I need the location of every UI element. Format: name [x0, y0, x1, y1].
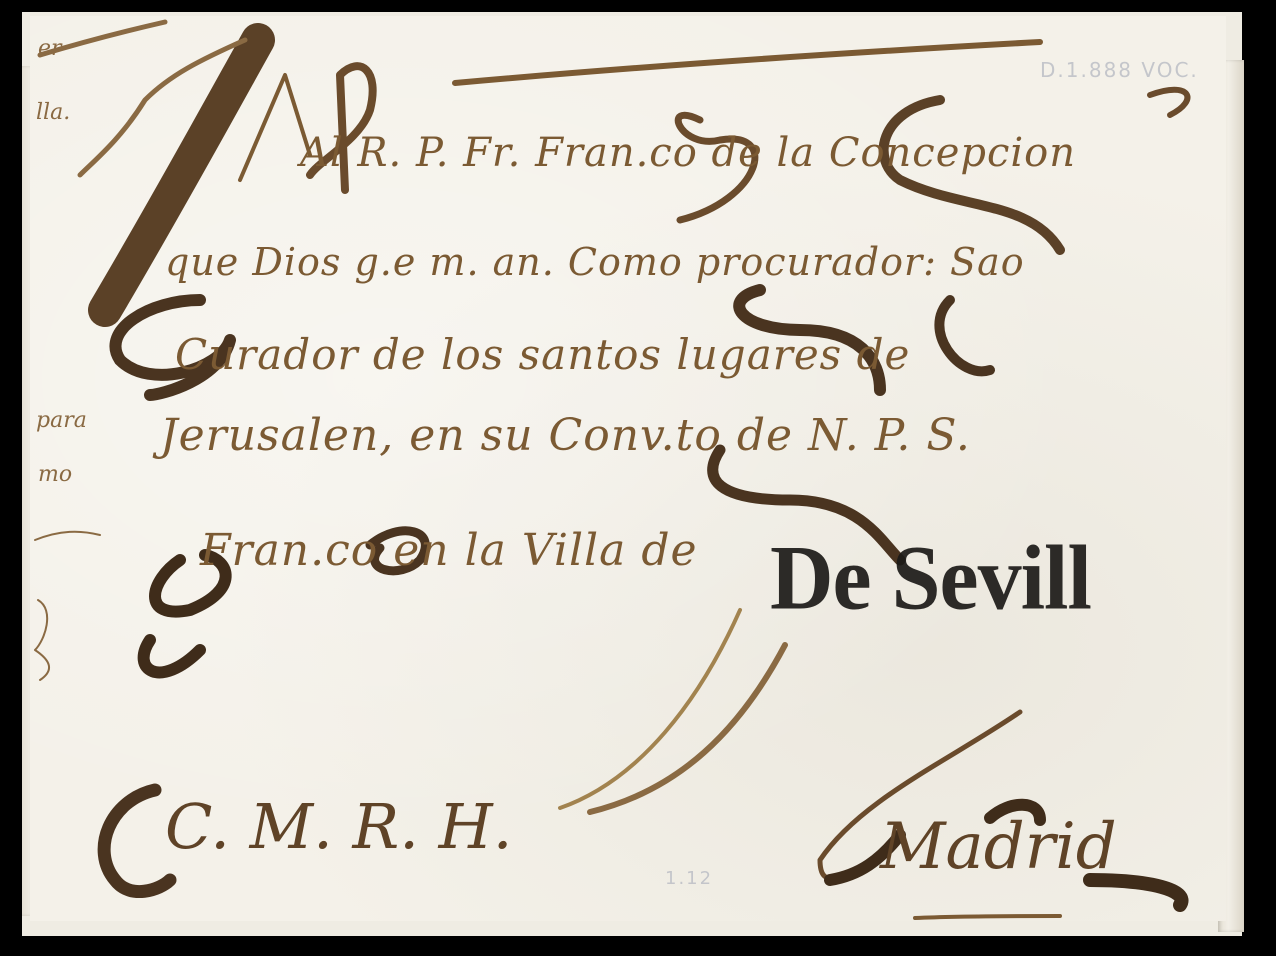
photo-background: D.1.888 VOC. 1.12 — [0, 0, 1276, 956]
address-line-2: que Dios g.e m. an. Como procurador: Sao — [165, 240, 1025, 284]
margin-note-mo: mo — [38, 462, 72, 487]
sender-initials: C. M. R. H. — [165, 790, 512, 863]
address-line-4: Jerusalen, en su Conv.to de N. P. S. — [160, 410, 971, 461]
margin-note-lla: lla. — [36, 100, 70, 125]
margin-note-er: er — [38, 36, 62, 61]
address-line-1: Al R. P. Fr. Fran.co de la Concepcion — [300, 130, 1076, 176]
address-line-5: Fran.co en la Villa de — [200, 525, 698, 576]
de-sevilla-postmark: De Sevill — [770, 525, 1091, 631]
margin-note-para: para — [36, 408, 87, 433]
address-line-3: Curador de los santos lugares de — [175, 330, 910, 379]
destination-madrid: Madrid — [880, 810, 1117, 884]
